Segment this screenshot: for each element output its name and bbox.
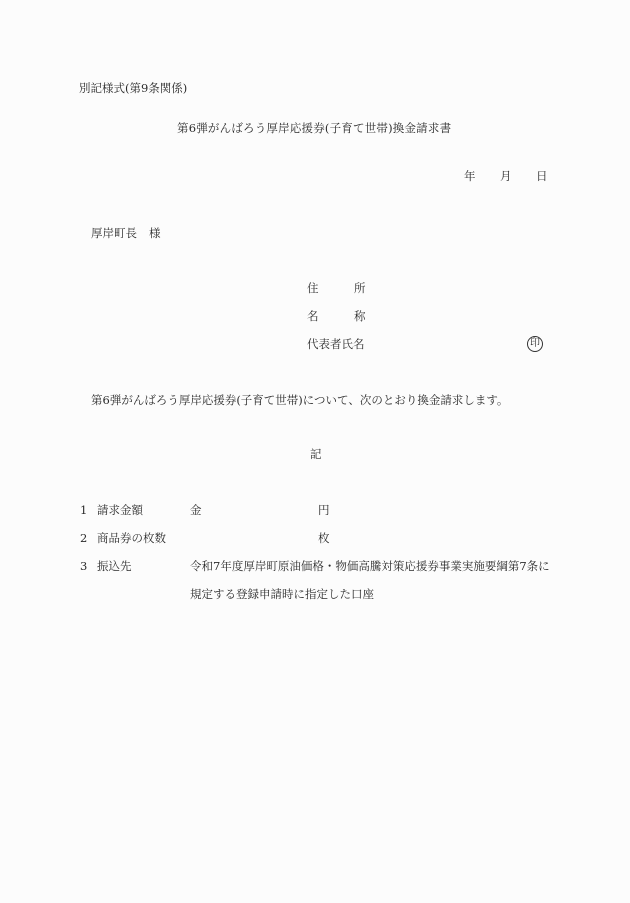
form-reference: 別記様式(第9条関係) [79,83,187,95]
name-label-char1: 名 [307,311,319,323]
address-label-char2: 所 [354,283,366,295]
item-number: 1 [80,505,87,517]
document-title: 第6弾がんばろう厚岸応援券(子育て世帯)換金請求書 [177,123,451,135]
date-year-label: 年 [464,171,476,183]
transfer-destination-line2: 規定する登録申請時に指定した口座 [190,589,374,601]
transfer-destination-line1: 令和7年度厚岸町原油価格・物価高騰対策応援券事業実施要綱第7条に [190,561,550,573]
date-day-label: 日 [536,171,548,183]
addressee-honorific: 様 [149,228,161,240]
amount-prefix: 金 [190,505,202,517]
name-label-char2: 称 [354,311,366,323]
amount-unit: 円 [318,505,330,517]
item-number: 2 [80,533,87,545]
addressee-name: 厚岸町長 [91,228,137,240]
ki-heading: 記 [310,449,322,461]
count-unit: 枚 [318,533,330,545]
seal-icon: 印 [527,336,543,352]
item-label: 請求金額 [97,505,143,517]
address-label-char1: 住 [307,283,319,295]
item-number: 3 [80,561,87,573]
item-label: 商品券の枚数 [97,533,166,545]
date-month-label: 月 [500,171,512,183]
request-statement: 第6弾がんばろう厚岸応援券(子育て世帯)について、次のとおり換金請求します。 [91,395,508,407]
item-label: 振込先 [97,561,132,573]
representative-name-label: 代表者氏名 [307,339,365,351]
